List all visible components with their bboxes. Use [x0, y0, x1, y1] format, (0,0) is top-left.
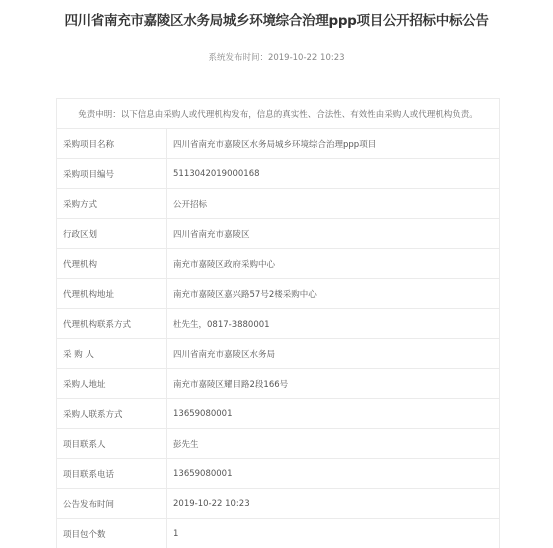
- row-label-purchaser: 采 购 人: [57, 339, 167, 369]
- table-row: 公告发布时间 2019-10-22 10:23: [57, 489, 500, 519]
- row-label-project-contact: 项目联系人: [57, 429, 167, 459]
- row-value-project-contact: 彭先生: [167, 429, 500, 459]
- row-label-agency-contact: 代理机构联系方式: [57, 309, 167, 339]
- row-value-project-name: 四川省南充市嘉陵区水务局城乡环境综合治理ppp项目: [167, 129, 500, 159]
- row-value-region: 四川省南充市嘉陵区: [167, 219, 500, 249]
- table-row: 行政区划 四川省南充市嘉陵区: [57, 219, 500, 249]
- row-label-agency: 代理机构: [57, 249, 167, 279]
- row-label-purchaser-address: 采购人地址: [57, 369, 167, 399]
- row-label-project-phone: 项目联系电话: [57, 459, 167, 489]
- row-value-agency: 南充市嘉陵区政府采购中心: [167, 249, 500, 279]
- row-value-project-number: 5113042019000168: [167, 159, 500, 189]
- table-row: 采购人联系方式 13659080001: [57, 399, 500, 429]
- page-title: 四川省南充市嘉陵区水务局城乡环境综合治理ppp项目公开招标中标公告: [0, 9, 553, 29]
- row-value-purchaser-contact: 13659080001: [167, 399, 500, 429]
- table-row: 代理机构联系方式 杜先生，0817-3880001: [57, 309, 500, 339]
- table-row: 代理机构地址 南充市嘉陵区嘉兴路57号2楼采购中心: [57, 279, 500, 309]
- table-row: 项目包个数 1: [57, 519, 500, 548]
- announcement-info-table: 免责申明：以下信息由采购人或代理机构发布，信息的真实性、合法性、有效性由采购人或…: [56, 98, 500, 548]
- row-value-agency-contact: 杜先生，0817-3880001: [167, 309, 500, 339]
- row-label-project-number: 采购项目编号: [57, 159, 167, 189]
- table-row: 采购方式 公开招标: [57, 189, 500, 219]
- row-value-purchaser-address: 南充市嘉陵区耀目路2段166号: [167, 369, 500, 399]
- publish-time: 系统发布时间：2019-10-22 10:23: [0, 51, 553, 63]
- row-label-region: 行政区划: [57, 219, 167, 249]
- row-label-package-count: 项目包个数: [57, 519, 167, 548]
- table-row: 项目联系人 彭先生: [57, 429, 500, 459]
- table-row: 代理机构 南充市嘉陵区政府采购中心: [57, 249, 500, 279]
- table-row: 项目联系电话 13659080001: [57, 459, 500, 489]
- row-label-project-name: 采购项目名称: [57, 129, 167, 159]
- table-row: 采 购 人 四川省南充市嘉陵区水务局: [57, 339, 500, 369]
- row-value-procurement-method: 公开招标: [167, 189, 500, 219]
- row-value-package-count: 1: [167, 519, 500, 548]
- table-row: 采购人地址 南充市嘉陵区耀目路2段166号: [57, 369, 500, 399]
- row-value-purchaser: 四川省南充市嘉陵区水务局: [167, 339, 500, 369]
- disclaimer-text: 免责申明：以下信息由采购人或代理机构发布，信息的真实性、合法性、有效性由采购人或…: [57, 99, 500, 129]
- row-value-announce-time: 2019-10-22 10:23: [167, 489, 500, 519]
- disclaimer-row: 免责申明：以下信息由采购人或代理机构发布，信息的真实性、合法性、有效性由采购人或…: [57, 99, 500, 129]
- row-label-purchaser-contact: 采购人联系方式: [57, 399, 167, 429]
- row-value-agency-address: 南充市嘉陵区嘉兴路57号2楼采购中心: [167, 279, 500, 309]
- table-row: 采购项目编号 5113042019000168: [57, 159, 500, 189]
- table-row: 采购项目名称 四川省南充市嘉陵区水务局城乡环境综合治理ppp项目: [57, 129, 500, 159]
- row-label-agency-address: 代理机构地址: [57, 279, 167, 309]
- row-value-project-phone: 13659080001: [167, 459, 500, 489]
- row-label-announce-time: 公告发布时间: [57, 489, 167, 519]
- row-label-procurement-method: 采购方式: [57, 189, 167, 219]
